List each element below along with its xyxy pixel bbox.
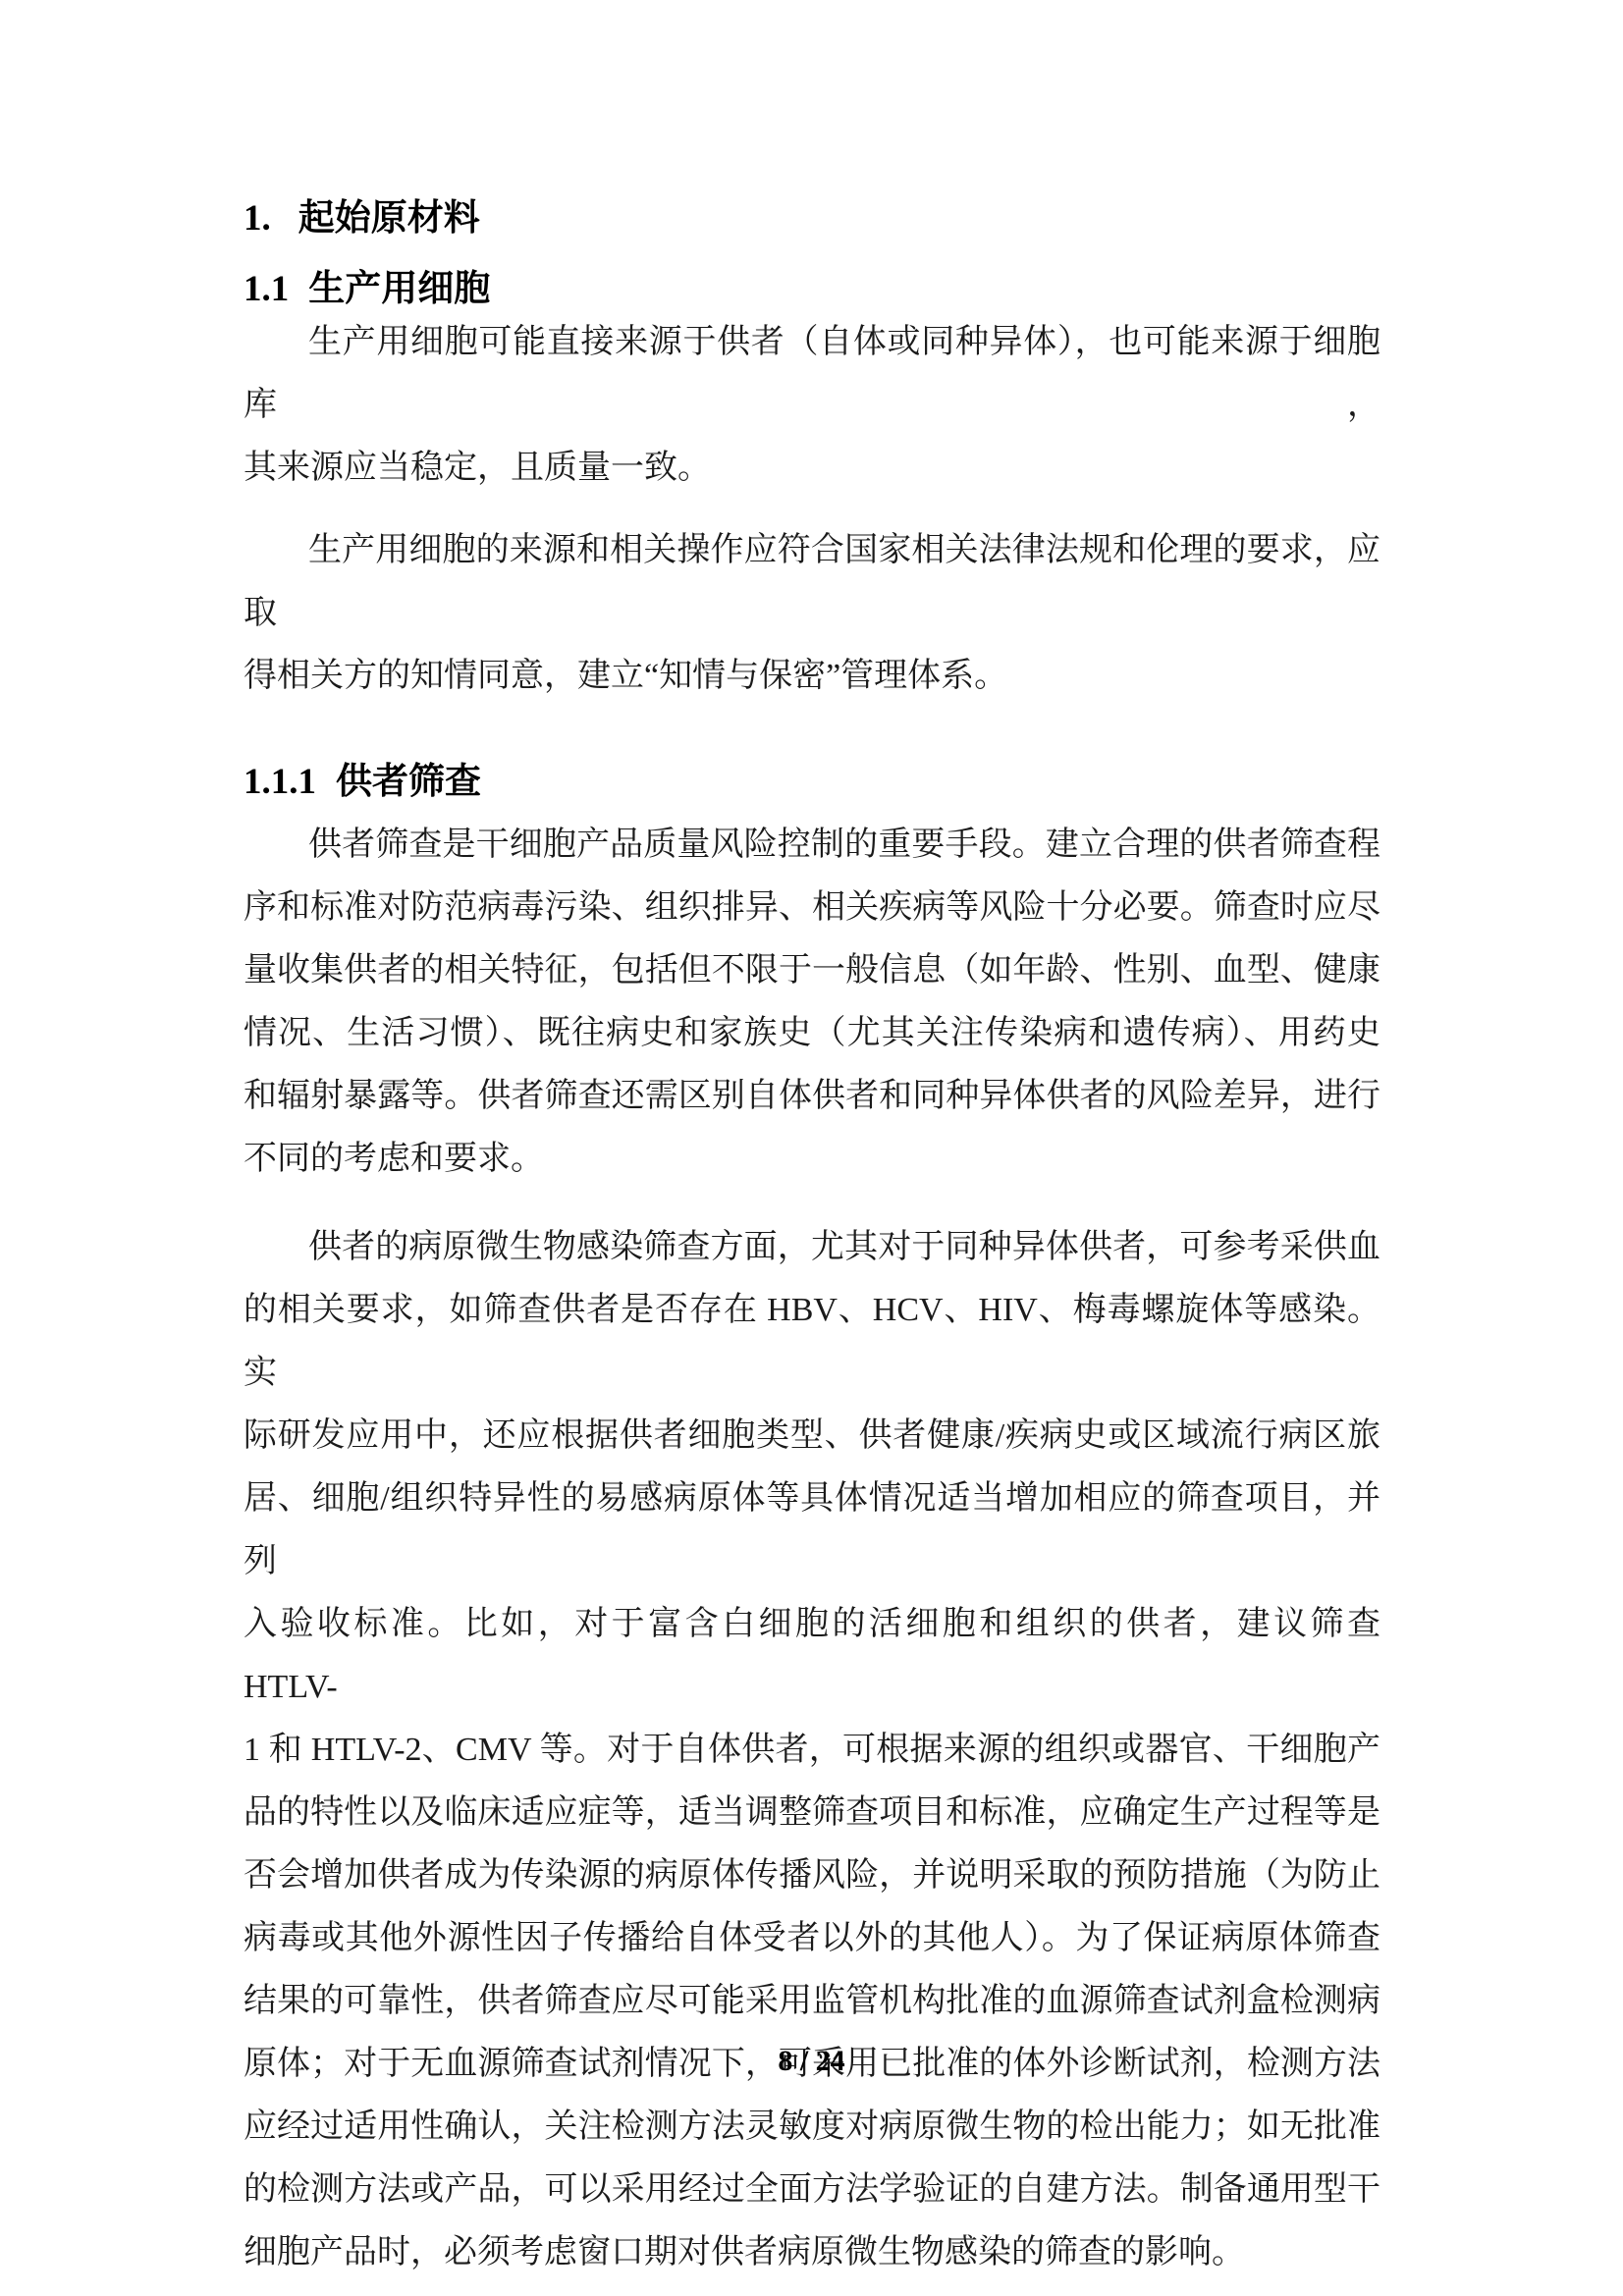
text-line: 居、细胞/组织特异性的易感病原体等具体情况适当增加相应的筛查项目，并列 (243, 1468, 1380, 1593)
text-line: 的检测方法或产品，可以采用经过全面方法学验证的自建方法。制备通用型干 (243, 2159, 1380, 2221)
document-page: 1.起始原材料1.1生产用细胞生产用细胞可能直接来源于供者（自体或同种异体），也… (0, 0, 1623, 2296)
heading-number: 1. (243, 198, 271, 239)
text-line: 否会增加供者成为传染源的病原体传播风险，并说明采取的预防措施（为防止 (243, 1844, 1380, 1907)
text-line: 1 和 HTLV-2、CMV 等。对于自体供者，可根据来源的组织或器官、干细胞产 (243, 1719, 1380, 1782)
text-line: 结果的可靠性，供者筛查应尽可能采用监管机构批准的血源筛查试剂盒检测病 (243, 1970, 1380, 2033)
paragraph: 生产用细胞可能直接来源于供者（自体或同种异体），也可能来源于细胞库，其来源应当稳… (243, 311, 1380, 500)
paragraph: 供者筛查是干细胞产品质量风险控制的重要手段。建立合理的供者筛查程序和标准对防范病… (243, 814, 1380, 1191)
text-column: 1.起始原材料1.1生产用细胞生产用细胞可能直接来源于供者（自体或同种异体），也… (243, 195, 1380, 2284)
text-line: 供者的病原微生物感染筛查方面，尤其对于同种异体供者，可参考采供血 (243, 1216, 1380, 1279)
text-line: 病毒或其他外源性因子传播给自体受者以外的其他人）。为了保证病原体筛查 (243, 1907, 1380, 1970)
text-line: 的相关要求，如筛查供者是否存在 HBV、HCV、HIV、梅毒螺旋体等感染。实 (243, 1279, 1380, 1405)
text-line: 应经过适用性确认，关注检测方法灵敏度对病原微生物的检出能力；如无批准 (243, 2096, 1380, 2159)
heading-number: 1.1.1 (243, 762, 316, 802)
text-line: 入验收标准。比如，对于富含白细胞的活细胞和组织的供者，建议筛查 HTLV- (243, 1593, 1380, 1719)
text-line: 情况、生活习惯）、既往病史和家族史（尤其关注传染病和遗传病）、用药史 (243, 1002, 1380, 1065)
section-heading-1: 1.起始原材料 (243, 195, 1380, 242)
text-line: 量收集供者的相关特征，包括但不限于一般信息（如年龄、性别、血型、健康 (243, 939, 1380, 1002)
section-heading-1-1: 1.1生产用细胞 (243, 268, 1380, 311)
paragraph: 供者的病原微生物感染筛查方面，尤其对于同种异体供者，可参考采供血的相关要求，如筛… (243, 1216, 1380, 2284)
heading-number: 1.1 (243, 269, 289, 309)
text-line: 品的特性以及临床适应症等，适当调整筛查项目和标准，应确定生产过程等是 (243, 1782, 1380, 1844)
text-line: 生产用细胞可能直接来源于供者（自体或同种异体），也可能来源于细胞库， (243, 311, 1380, 437)
heading-title: 供者筛查 (336, 762, 481, 802)
section-heading-1-1-1: 1.1.1供者筛查 (243, 759, 1380, 806)
text-line: 供者筛查是干细胞产品质量风险控制的重要手段。建立合理的供者筛查程 (243, 814, 1380, 877)
text-line: 不同的考虑和要求。 (243, 1128, 1380, 1191)
page-number: 8 / 24 (0, 2038, 1623, 2085)
text-line: 际研发应用中，还应根据供者细胞类型、供者健康/疾病史或区域流行病区旅 (243, 1405, 1380, 1468)
text-line: 和辐射暴露等。供者筛查还需区别自体供者和同种异体供者的风险差异，进行 (243, 1065, 1380, 1128)
heading-title: 生产用细胞 (308, 269, 490, 309)
text-line: 序和标准对防范病毒污染、组织排异、相关疾病等风险十分必要。筛查时应尽 (243, 877, 1380, 939)
text-line: 生产用细胞的来源和相关操作应符合国家相关法律法规和伦理的要求，应取 (243, 519, 1380, 645)
text-line: 得相关方的知情同意，建立“知情与保密”管理体系。 (243, 645, 1380, 708)
paragraph: 生产用细胞的来源和相关操作应符合国家相关法律法规和伦理的要求，应取得相关方的知情… (243, 519, 1380, 708)
heading-title: 起始原材料 (298, 198, 480, 239)
text-line: 其来源应当稳定，且质量一致。 (243, 437, 1380, 500)
text-line: 细胞产品时，必须考虑窗口期对供者病原微生物感染的筛查的影响。 (243, 2221, 1380, 2284)
